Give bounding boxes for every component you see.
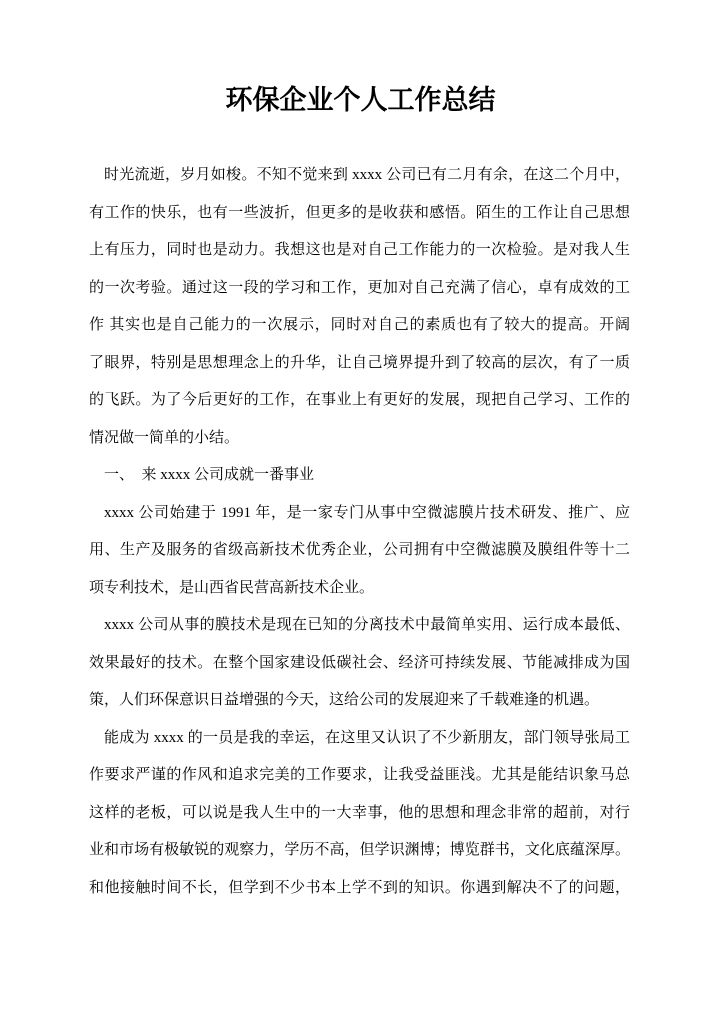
text-line: 情况做一简单的小结。 xyxy=(89,420,630,458)
text-line: xxxx 公司始建于 1991 年，是一家专门从事中空微滤膜片技术研发、推广、应 xyxy=(89,495,630,533)
text-line: 用、生产及服务的省级高新技术优秀企业，公司拥有中空微滤膜及膜组件等十二 xyxy=(89,532,630,570)
text-line: 策，人们环保意识日益增强的今天，这给公司的发展迎来了千载难逢的机遇。 xyxy=(89,682,630,720)
text-line: 时光流逝，岁月如梭。不知不觉来到 xxxx 公司已有二月有余，在这二个月中， xyxy=(89,157,630,195)
text-line: 作要求严谨的作风和追求完美的工作要求，让我受益匪浅。尤其是能结识象马总 xyxy=(89,757,630,795)
text-line: 能成为 xxxx 的一员是我的幸运，在这里又认识了不少新朋友，部门领导张局工 xyxy=(89,720,630,758)
text-line: 的一次考验。通过这一段的学习和工作，更加对自己充满了信心，卓有成效的工 xyxy=(89,270,630,308)
text-line: 和他接触时间不长，但学到不少书本上学不到的知识。你遇到解决不了的问题， xyxy=(89,870,630,908)
text-line: 效果最好的技术。在整个国家建设低碳社会、经济可持续发展、节能减排成为国 xyxy=(89,645,630,683)
document-page: 环保企业个人工作总结 时光流逝，岁月如梭。不知不觉来到 xxxx 公司已有二月有… xyxy=(0,0,721,1020)
text-line: xxxx 公司从事的膜技术是现在已知的分离技术中最简单实用、运行成本最低、 xyxy=(89,607,630,645)
text-line: 上有压力，同时也是动力。我想这也是对自己工作能力的一次检验。是对我人生 xyxy=(89,232,630,270)
text-line: 了眼界，特别是思想理念上的升华，让自己境界提升到了较高的层次，有了一质 xyxy=(89,345,630,383)
document-body: 时光流逝，岁月如梭。不知不觉来到 xxxx 公司已有二月有余，在这二个月中，有工… xyxy=(89,157,630,907)
text-line: 一、 来 xxxx 公司成就一番事业 xyxy=(89,457,630,495)
document-title: 环保企业个人工作总结 xyxy=(0,84,721,116)
text-line: 这样的老板，可以说是我人生中的一大幸事，他的思想和理念非常的超前，对行 xyxy=(89,795,630,833)
text-line: 业和市场有极敏锐的观察力，学历不高，但学识渊博；博览群书，文化底蕴深厚。 xyxy=(89,832,630,870)
text-line: 有工作的快乐，也有一些波折，但更多的是收获和感悟。陌生的工作让自己思想 xyxy=(89,195,630,233)
text-line: 的飞跃。为了今后更好的工作，在事业上有更好的发展，现把自己学习、工作的 xyxy=(89,382,630,420)
text-line: 作 其实也是自己能力的一次展示，同时对自己的素质也有了较大的提高。开阔 xyxy=(89,307,630,345)
text-line: 项专利技术，是山西省民营高新技术企业。 xyxy=(89,570,630,608)
